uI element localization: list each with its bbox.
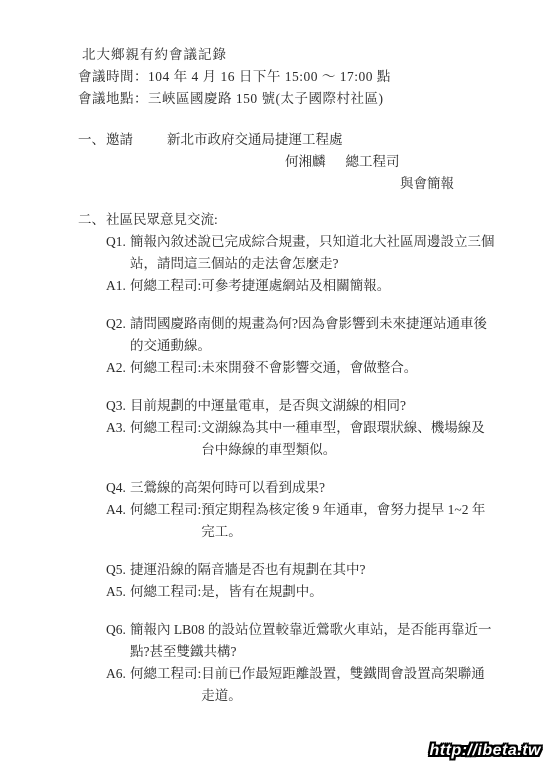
answer-label: A1. <box>106 275 130 297</box>
qa-list: Q1. 簡報內敘述說已完成綜合規畫，只知道北大社區周邊設立三個站，請問這三個站的… <box>78 231 503 723</box>
qa-item: Q4. 三鶯線的高架何時可以看到成果? A4. 何總工程司:預定期程為核定後 9… <box>106 477 498 543</box>
answer-row: A6. 何總工程司:目前已作最短距離設置，雙鐵間會設置高架聯通走道。 <box>106 663 498 707</box>
answer-label: A6. <box>106 663 130 685</box>
section-discussion: 二、 社區民眾意見交流: Q1. 簡報內敘述說已完成綜合規畫，只知道北大社區周邊… <box>78 209 503 723</box>
answer-text: 可參考捷運處網站及相關簡報。 <box>201 275 491 297</box>
answer-text: 文湖線為其中一種車型，會跟環狀線、機場線及台中綠線的車型類似。 <box>201 417 491 461</box>
answer-row: A1. 何總工程司:可參考捷運處網站及相關簡報。 <box>106 275 498 297</box>
attendee-row: 何湘麟總工程司 <box>78 151 503 173</box>
question-label: Q6. <box>106 619 130 641</box>
question-text: 三鶯線的高架何時可以看到成果? <box>130 477 498 499</box>
section-invite: 一、 邀請 新北市政府交通局捷運工程處 何湘麟總工程司 與會簡報 <box>78 129 503 195</box>
question-text: 簡報內 LB08 的設站位置較靠近鶯歌火車站，是否能再靠近一點?甚至雙鐵共構? <box>130 619 498 663</box>
question-row: Q5. 捷運沿線的隔音牆是否也有規劃在其中? <box>106 559 498 581</box>
answer-row: A5. 何總工程司:是，皆有在規劃中。 <box>106 581 498 603</box>
answer-label: A5. <box>106 581 130 603</box>
question-text: 請問國慶路南側的規畫為何?因為會影響到未來捷運站通車後的交通動線。 <box>130 313 498 357</box>
watermark-url: http://ibeta.tw <box>430 740 541 762</box>
qa-item: Q5. 捷運沿線的隔音牆是否也有規劃在其中? A5. 何總工程司:是，皆有在規劃… <box>106 559 498 603</box>
answer-speaker: 何總工程司: <box>130 581 201 603</box>
page-title: 北大鄉親有約會議記錄 <box>78 44 503 66</box>
question-label: Q3. <box>106 395 130 417</box>
answer-body: 何總工程司:是，皆有在規劃中。 <box>130 581 491 603</box>
qa-item: Q2. 請問國慶路南側的規畫為何?因為會影響到未來捷運站通車後的交通動線。 A2… <box>106 313 498 379</box>
question-label: Q2. <box>106 313 130 335</box>
section-number: 二、 <box>78 209 106 231</box>
question-label: Q1. <box>106 231 130 253</box>
question-row: Q3. 目前規劃的中運量電車，是否與文湖線的相同? <box>106 395 498 417</box>
qa-item: Q3. 目前規劃的中運量電車，是否與文湖線的相同? A3. 何總工程司:文湖線為… <box>106 395 498 461</box>
answer-row: A2. 何總工程司:未來開發不會影響交通，會做整合。 <box>106 357 498 379</box>
question-row: Q6. 簡報內 LB08 的設站位置較靠近鶯歌火車站，是否能再靠近一點?甚至雙鐵… <box>106 619 498 663</box>
invite-heading-row: 一、 邀請 新北市政府交通局捷運工程處 <box>78 129 503 151</box>
answer-label: A2. <box>106 357 130 379</box>
answer-row: A4. 何總工程司:預定期程為核定後 9 年通車，會努力提早 1~2 年完工。 <box>106 499 498 543</box>
qa-item: Q1. 簡報內敘述說已完成綜合規畫，只知道北大社區周邊設立三個站，請問這三個站的… <box>106 231 498 297</box>
question-text: 捷運沿線的隔音牆是否也有規劃在其中? <box>130 559 498 581</box>
question-row: Q4. 三鶯線的高架何時可以看到成果? <box>106 477 498 499</box>
answer-speaker: 何總工程司: <box>130 663 201 685</box>
answer-body: 何總工程司:文湖線為其中一種車型，會跟環狀線、機場線及台中綠線的車型類似。 <box>130 417 491 461</box>
answer-speaker: 何總工程司: <box>130 417 201 439</box>
invite-organization: 新北市政府交通局捷運工程處 <box>167 129 343 151</box>
answer-speaker: 何總工程司: <box>130 499 201 521</box>
answer-speaker: 何總工程司: <box>130 357 201 379</box>
answer-body: 何總工程司:預定期程為核定後 9 年通車，會努力提早 1~2 年完工。 <box>130 499 491 543</box>
answer-label: A4. <box>106 499 130 521</box>
question-label: Q4. <box>106 477 130 499</box>
answer-row: A3. 何總工程司:文湖線為其中一種車型，會跟環狀線、機場線及台中綠線的車型類似… <box>106 417 498 461</box>
section-number: 一、 <box>78 129 106 151</box>
discussion-heading-row: 二、 社區民眾意見交流: <box>78 209 503 231</box>
attendee-title: 總工程司 <box>346 154 400 169</box>
qa-item: Q6. 簡報內 LB08 的設站位置較靠近鶯歌火車站，是否能再靠近一點?甚至雙鐵… <box>106 619 498 707</box>
answer-speaker: 何總工程司: <box>130 275 201 297</box>
answer-text: 未來開發不會影響交通，會做整合。 <box>201 357 491 379</box>
answer-body: 何總工程司:可參考捷運處網站及相關簡報。 <box>130 275 491 297</box>
answer-text: 預定期程為核定後 9 年通車，會努力提早 1~2 年完工。 <box>201 499 491 543</box>
meeting-time: 會議時間：104 年 4 月 16 日下午 15:00 ～ 17:00 點 <box>78 66 503 88</box>
question-row: Q1. 簡報內敘述說已完成綜合規畫，只知道北大社區周邊設立三個站，請問這三個站的… <box>106 231 498 275</box>
attendee-role-row: 與會簡報 <box>78 173 503 195</box>
answer-text: 是，皆有在規劃中。 <box>201 581 491 603</box>
question-text: 簡報內敘述說已完成綜合規畫，只知道北大社區周邊設立三個站，請問這三個站的走法會怎… <box>130 231 498 275</box>
question-row: Q2. 請問國慶路南側的規畫為何?因為會影響到未來捷運站通車後的交通動線。 <box>106 313 498 357</box>
answer-text: 目前已作最短距離設置，雙鐵間會設置高架聯通走道。 <box>201 663 491 707</box>
answer-label: A3. <box>106 417 130 439</box>
invite-label: 邀請 <box>106 129 133 151</box>
question-text: 目前規劃的中運量電車，是否與文湖線的相同? <box>130 395 498 417</box>
document-body: 北大鄉親有約會議記錄 會議時間：104 年 4 月 16 日下午 15:00 ～… <box>78 44 503 723</box>
attendee-role: 與會簡報 <box>400 176 454 191</box>
qa-list-body: Q1. 簡報內敘述說已完成綜合規畫，只知道北大社區周邊設立三個站，請問這三個站的… <box>106 231 498 723</box>
question-label: Q5. <box>106 559 130 581</box>
meeting-location: 會議地點：三峽區國慶路 150 號(太子國際村社區) <box>78 88 503 110</box>
scanned-meeting-record: 北大鄉親有約會議記錄 會議時間：104 年 4 月 16 日下午 15:00 ～… <box>0 0 543 768</box>
answer-body: 何總工程司:目前已作最短距離設置，雙鐵間會設置高架聯通走道。 <box>130 663 491 707</box>
discussion-heading: 社區民眾意見交流: <box>106 209 218 231</box>
answer-body: 何總工程司:未來開發不會影響交通，會做整合。 <box>130 357 491 379</box>
attendee-name: 何湘麟 <box>285 154 326 169</box>
